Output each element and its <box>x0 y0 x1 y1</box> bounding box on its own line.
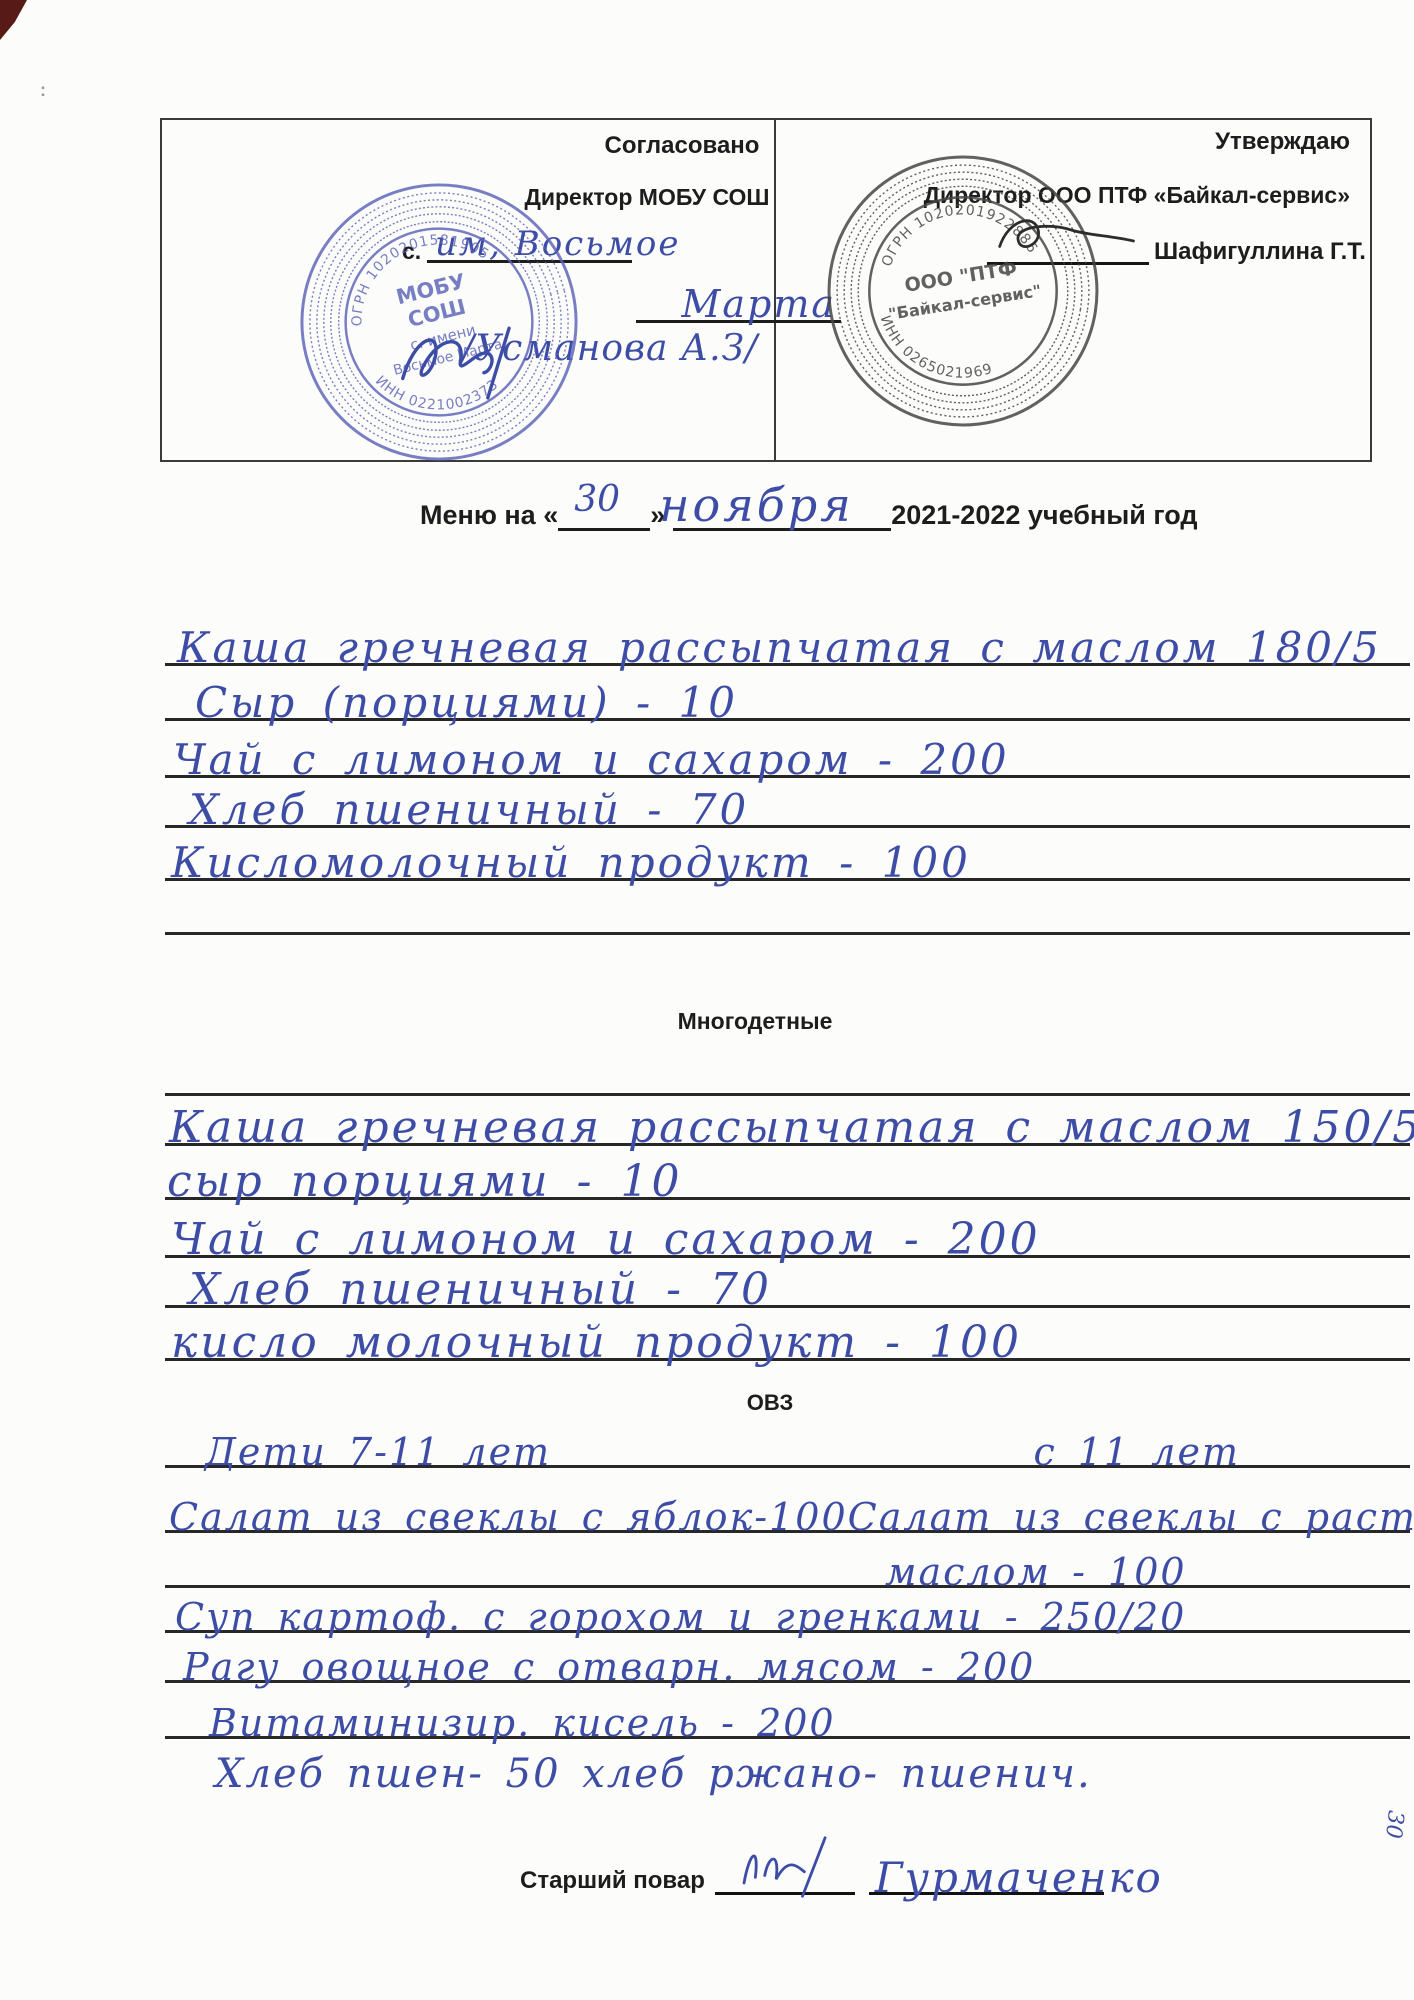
chef-signature-stroke <box>729 1834 859 1900</box>
menu-line: Хлеб пшеничный - 70 <box>165 1251 1410 1308</box>
menu-line: сыр порциями - 10 <box>165 1143 1410 1200</box>
chef-row: Старший повар Гурмаченко <box>520 1852 1104 1895</box>
chef-label: Старший повар <box>520 1867 705 1895</box>
menu-line: Рагу овощное с отварн. мясом - 200 <box>165 1630 1410 1683</box>
village-blank-2: Марта <box>636 276 841 323</box>
company-director-signature-stroke <box>990 208 1145 263</box>
empty-ruled-line <box>165 929 1410 935</box>
chef-signature-blank <box>715 1852 855 1895</box>
title-day-blank: 30 <box>558 492 650 531</box>
document-page: : Согласовано Директор МОБУ СОШ с. им, В… <box>0 0 1414 2000</box>
menu-line: Суп картоф. с горохом и гренками - 250/2… <box>165 1578 1410 1633</box>
margin-note: 30 <box>1380 1809 1408 1839</box>
ovz-age-columns: Дети 7-11 лет с 11 лет <box>165 1412 1410 1468</box>
approve-label: Утверждаю <box>1160 128 1350 156</box>
section-header-mnogodetnye: Многодетные <box>0 1008 1414 1035</box>
title-prefix: Меню на « <box>420 500 558 531</box>
menu-line: Витаминизир. кисель - 200 <box>165 1684 1410 1739</box>
title-day-handwriting: 30 <box>574 479 620 520</box>
menu-line: Каша гречневая рассыпчатая с маслом 150/… <box>165 1089 1410 1146</box>
title-month-blank: ноября <box>673 492 891 531</box>
menu-line: Чай с лимоном и сахаром - 200 <box>165 1201 1410 1258</box>
menu-line-text: Рагу овощное с отварн. мясом - 200 <box>165 1648 1035 1686</box>
title-month-handwriting: ноября <box>659 478 853 532</box>
chef-name-handwriting: Гурмаченко <box>875 1853 1163 1902</box>
menu-line: кисло молочный продукт - 100 <box>165 1304 1410 1361</box>
title-suffix: 2021-2022 учебный год <box>891 500 1197 531</box>
menu-line-text: сыр порциями - 10 <box>165 1160 682 1204</box>
menu-line: Сыр (порциями) - 10 <box>165 660 1410 721</box>
menu-line-text: Кисломолочный продукт - 100 <box>165 842 971 884</box>
agreed-label: Согласовано <box>582 132 782 160</box>
ovz-col-left-label: Дети 7-11 лет <box>205 1433 551 1471</box>
bread-note-text: Хлеб пшен- 50 хлеб ржано- пшенич. <box>215 1754 1092 1794</box>
ovz-salad-row: Салат из свеклы с яблок-100 Салат из све… <box>165 1472 1410 1533</box>
school-director-signature-stroke <box>395 320 685 408</box>
menu-line-text: Витаминизир. кисель - 200 <box>165 1704 836 1742</box>
ovz-col-right-label: с 11 лет <box>1033 1433 1240 1471</box>
menu-line: Каша гречневая рассыпчатая с маслом 180/… <box>165 605 1410 666</box>
company-round-stamp: ОГРН 1020201922886 ИНН 0265021969 ООО "П… <box>802 130 1125 453</box>
menu-line-text: кисло молочный продукт - 100 <box>165 1321 1022 1365</box>
scan-speck: : <box>40 80 46 101</box>
village-handwriting-2: Марта <box>681 282 836 326</box>
scan-corner-artifact <box>0 0 27 40</box>
company-director-signature-name: Шафигуллина Г.Т. <box>1154 238 1366 266</box>
menu-line: Кисломолочный продукт - 100 <box>165 820 1410 881</box>
menu-line: Хлеб пшеничный - 70 <box>165 767 1410 828</box>
chef-name-blank: Гурмаченко <box>869 1852 1104 1895</box>
doc-title: Меню на « 30 » ноября 2021-2022 учебный … <box>420 492 1198 531</box>
